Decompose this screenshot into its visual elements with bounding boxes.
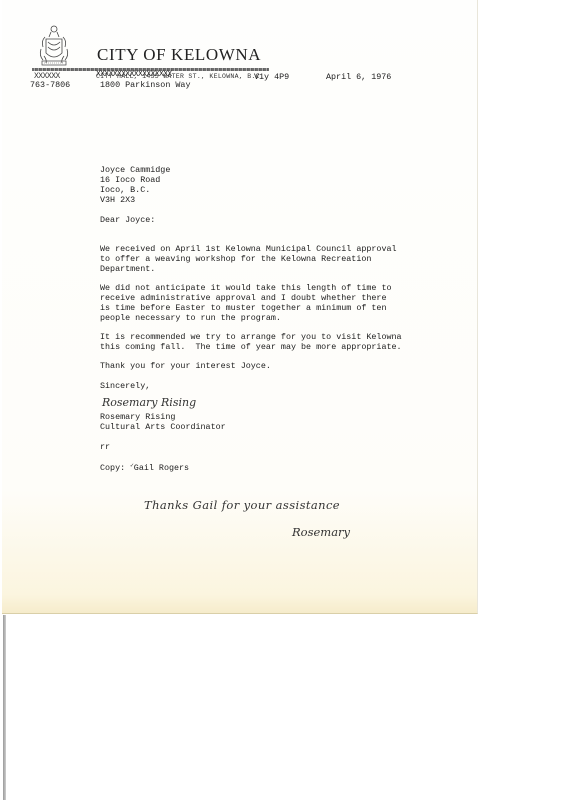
phone-number: 763-7806: [30, 80, 70, 90]
new-address: 1800 Parkinson Way: [100, 80, 190, 90]
scanner-edge: [3, 615, 6, 800]
signer-title: Cultural Arts Coordinator: [100, 422, 226, 432]
city-crest-icon: [37, 23, 71, 67]
recipient-street: 16 Ioco Road: [100, 175, 160, 185]
body-paragraph-3: It is recommended we try to arrange for …: [100, 332, 402, 352]
old-address-strikeout: XXXXXXXXXXXXXXXXXX: [96, 70, 172, 79]
signer-name: Rosemary Rising: [100, 412, 175, 422]
closing: Sincerely,: [100, 381, 150, 391]
recipient-city: Ioco, B.C.: [100, 185, 150, 195]
recipient-postal-code: V3H 2X3: [100, 195, 135, 205]
handwritten-signature: Rosemary Rising: [102, 396, 196, 409]
old-address-printed: CITY HALL, 1435 WATER ST., KELOWNA, B.C.…: [96, 73, 264, 80]
letterhead-title: CITY OF KELOWNA: [97, 45, 261, 65]
salutation: Dear Joyce:: [100, 215, 155, 225]
recipient-name: Joyce Cammidge: [100, 165, 170, 175]
handwritten-note-signature: Rosemary: [292, 525, 350, 539]
body-paragraph-2: We did not anticipate it would take this…: [100, 283, 392, 323]
letter-page: CITY OF KELOWNA XXXXXX 763-7806 CITY HAL…: [2, 0, 478, 614]
copy-recipient: Gail Rogers: [134, 463, 189, 473]
body-paragraph-4: Thank you for your interest Joyce.: [100, 361, 271, 371]
copy-label: Copy:: [100, 463, 125, 473]
copy-line: Copy: ✓Gail Rogers: [100, 461, 189, 473]
postal-code: V1y 4P9: [254, 72, 289, 82]
handwritten-note: Thanks Gail for your assistance: [144, 498, 340, 512]
letter-date: April 6, 1976: [326, 72, 391, 82]
body-paragraph-1: We received on April 1st Kelowna Municip…: [100, 244, 397, 274]
typist-initials: rr: [100, 442, 110, 452]
